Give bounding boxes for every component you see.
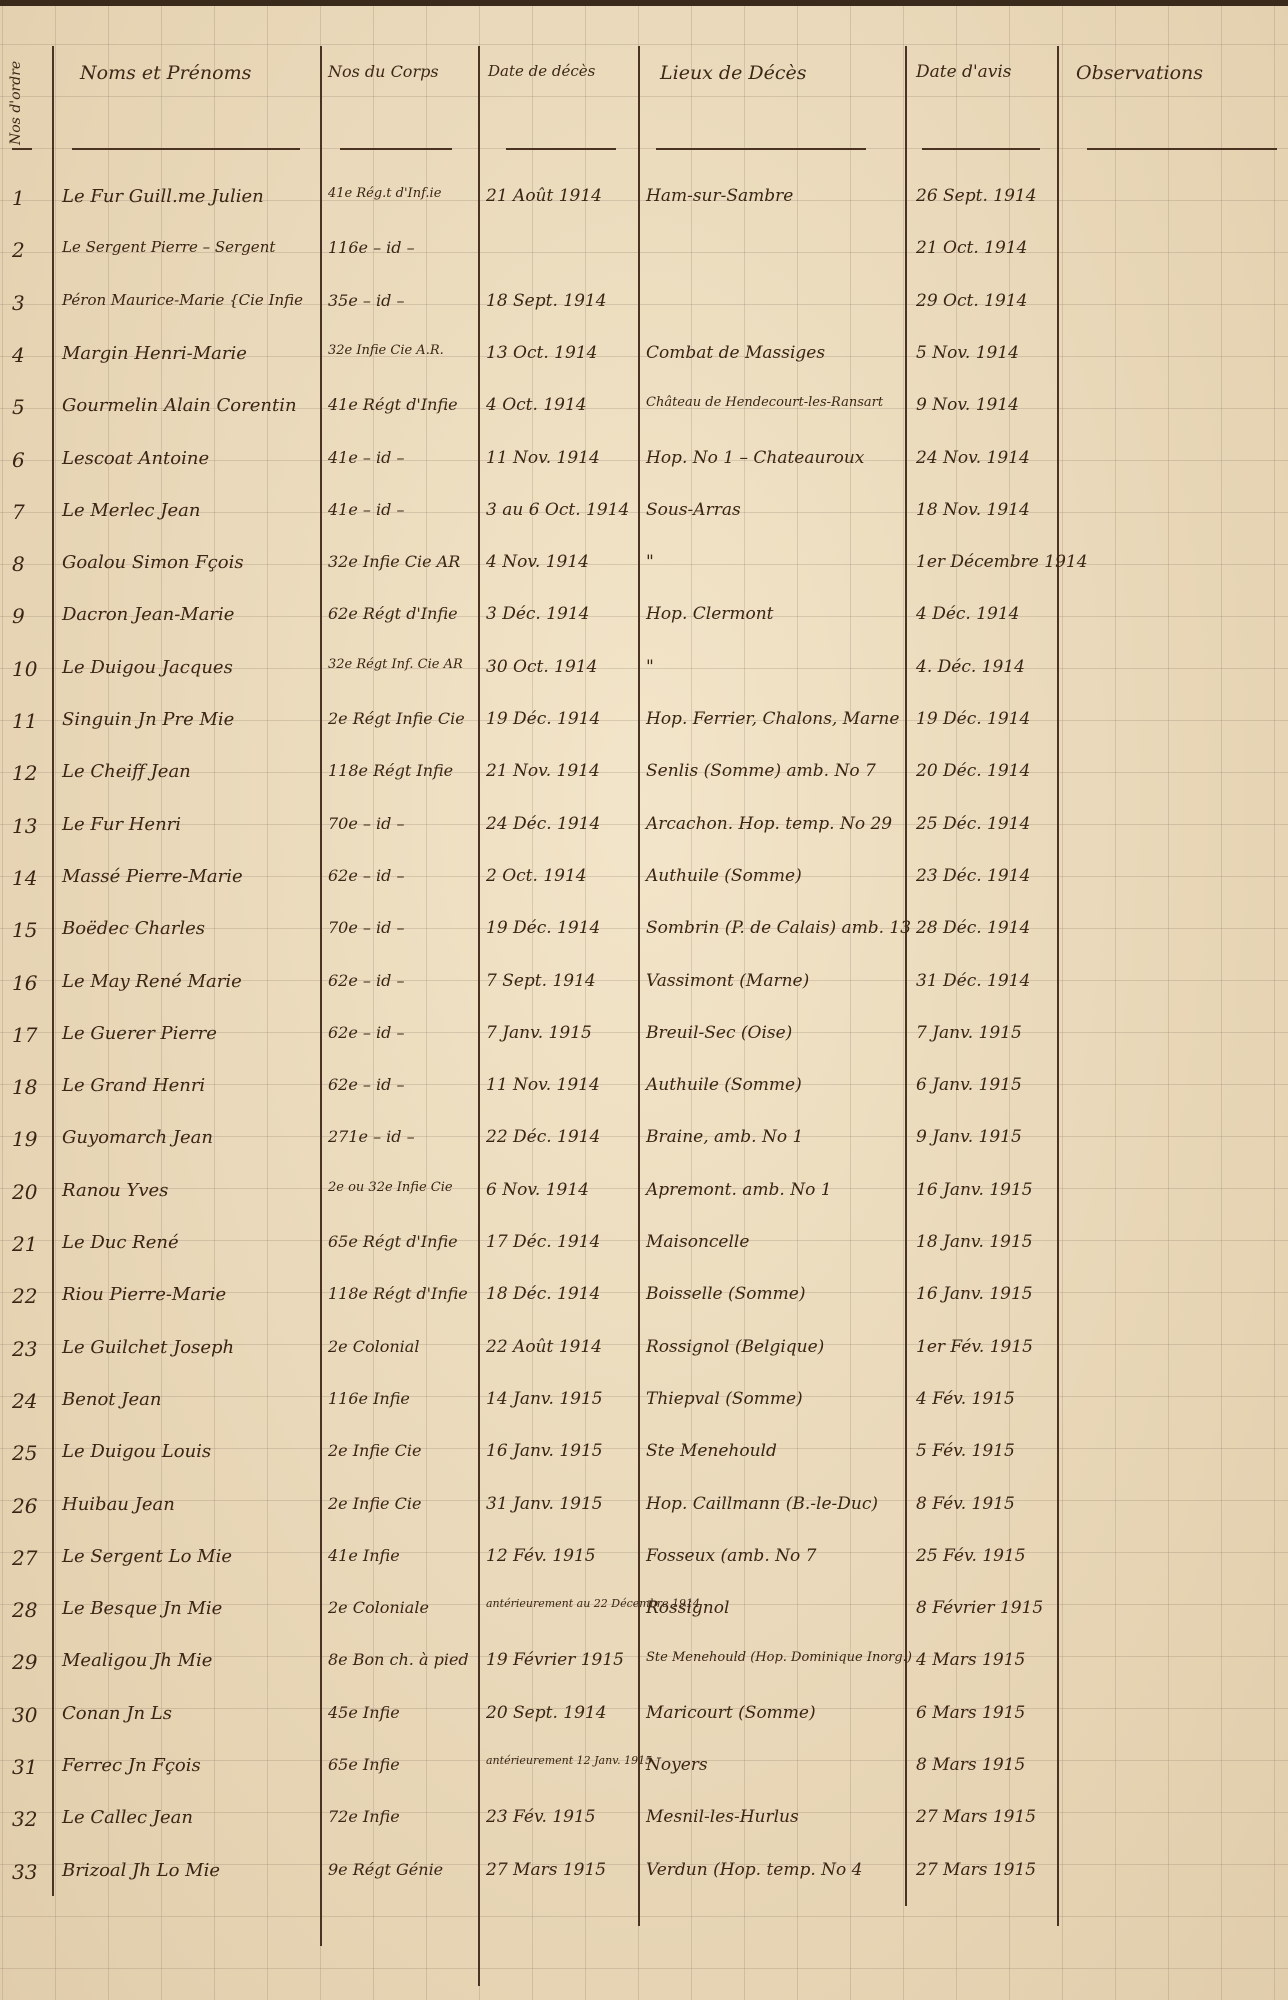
death-place: Sous-Arras bbox=[646, 500, 908, 520]
table-row: 9Dacron Jean-Marie62e Régt d'Infie3 Déc.… bbox=[0, 596, 1288, 648]
soldier-name: Le Sergent Lo Mie bbox=[62, 1546, 317, 1567]
table-row: 22Riou Pierre-Marie118e Régt d'Infie18 D… bbox=[0, 1276, 1288, 1328]
death-date: antérieurement au 22 Décembre 1914 bbox=[486, 1598, 638, 1610]
row-number: 15 bbox=[12, 918, 48, 942]
soldier-name: Le Merlec Jean bbox=[62, 500, 317, 521]
row-number: 8 bbox=[12, 552, 48, 576]
header-underline bbox=[506, 148, 616, 150]
death-date: 18 Sept. 1914 bbox=[486, 291, 638, 311]
death-date: 21 Nov. 1914 bbox=[486, 761, 638, 781]
row-number: 22 bbox=[12, 1284, 48, 1308]
row-number: 25 bbox=[12, 1441, 48, 1465]
death-date: 18 Déc. 1914 bbox=[486, 1284, 638, 1304]
notice-date: 9 Nov. 1914 bbox=[916, 395, 1058, 415]
death-date: 24 Déc. 1914 bbox=[486, 814, 638, 834]
header-number: Nos d'ordre bbox=[8, 58, 38, 148]
soldier-name: Massé Pierre-Marie bbox=[62, 866, 317, 887]
header-names: Noms et Prénoms bbox=[80, 62, 251, 84]
table-row: 18Le Grand Henri62e – id –11 Nov. 1914Au… bbox=[0, 1067, 1288, 1119]
notice-date: 16 Janv. 1915 bbox=[916, 1284, 1058, 1304]
corps-number: 32e Régt Inf. Cie AR bbox=[328, 657, 478, 672]
row-number: 21 bbox=[12, 1232, 48, 1256]
death-place: Senlis (Somme) amb. No 7 bbox=[646, 761, 908, 781]
notice-date: 7 Janv. 1915 bbox=[916, 1023, 1058, 1043]
table-row: 12Le Cheiff Jean118e Régt Infie21 Nov. 1… bbox=[0, 753, 1288, 805]
soldier-name: Le Guilchet Joseph bbox=[62, 1337, 317, 1358]
death-date: 12 Fév. 1915 bbox=[486, 1546, 638, 1566]
corps-number: 2e Infie Cie bbox=[328, 1441, 478, 1460]
soldier-name: Boëdec Charles bbox=[62, 918, 317, 939]
corps-number: 65e Infie bbox=[328, 1755, 478, 1774]
death-place: Château de Hendecourt-les-Ransart bbox=[646, 395, 908, 410]
soldier-name: Lescoat Antoine bbox=[62, 448, 317, 469]
death-date: 22 Août 1914 bbox=[486, 1337, 638, 1357]
soldier-name: Goalou Simon Fçois bbox=[62, 552, 317, 573]
table-row: 26Huibau Jean2e Infie Cie31 Janv. 1915Ho… bbox=[0, 1486, 1288, 1538]
header-notice-date: Date d'avis bbox=[916, 62, 1012, 82]
soldier-name: Dacron Jean-Marie bbox=[62, 604, 317, 625]
notice-date: 24 Nov. 1914 bbox=[916, 448, 1058, 468]
notice-date: 4 Mars 1915 bbox=[916, 1650, 1058, 1670]
notice-date: 4 Déc. 1914 bbox=[916, 604, 1058, 624]
death-place: Rossignol (Belgique) bbox=[646, 1337, 908, 1357]
corps-number: 2e ou 32e Infie Cie bbox=[328, 1180, 478, 1195]
death-date: 7 Janv. 1915 bbox=[486, 1023, 638, 1043]
death-date: 27 Mars 1915 bbox=[486, 1860, 638, 1880]
soldier-name: Le Fur Henri bbox=[62, 814, 317, 835]
soldier-name: Guyomarch Jean bbox=[62, 1127, 317, 1148]
corps-number: 118e Régt d'Infie bbox=[328, 1284, 478, 1303]
corps-number: 70e – id – bbox=[328, 918, 478, 937]
death-date: 7 Sept. 1914 bbox=[486, 971, 638, 991]
table-row: 20Ranou Yves2e ou 32e Infie Cie6 Nov. 19… bbox=[0, 1172, 1288, 1224]
death-date: 23 Fév. 1915 bbox=[486, 1807, 638, 1827]
row-number: 23 bbox=[12, 1337, 48, 1361]
death-date: 19 Février 1915 bbox=[486, 1650, 638, 1670]
table-row: 8Goalou Simon Fçois32e Infie Cie AR4 Nov… bbox=[0, 544, 1288, 596]
corps-number: 62e – id – bbox=[328, 971, 478, 990]
notice-date: 28 Déc. 1914 bbox=[916, 918, 1058, 938]
row-number: 27 bbox=[12, 1546, 48, 1570]
death-place: Authuile (Somme) bbox=[646, 866, 908, 886]
table-row: 5Gourmelin Alain Corentin41e Régt d'Infi… bbox=[0, 387, 1288, 439]
corps-number: 8e Bon ch. à pied bbox=[328, 1650, 478, 1669]
table-row: 25Le Duigou Louis2e Infie Cie16 Janv. 19… bbox=[0, 1433, 1288, 1485]
death-place: Fosseux (amb. No 7 bbox=[646, 1546, 908, 1566]
table-row: 15Boëdec Charles70e – id –19 Déc. 1914So… bbox=[0, 910, 1288, 962]
death-place: Hop. Ferrier, Chalons, Marne bbox=[646, 709, 908, 729]
notice-date: 6 Mars 1915 bbox=[916, 1703, 1058, 1723]
table-row: 3Péron Maurice-Marie {Cie Infie35e – id … bbox=[0, 283, 1288, 335]
notice-date: 19 Déc. 1914 bbox=[916, 709, 1058, 729]
notice-date: 27 Mars 1915 bbox=[916, 1807, 1058, 1827]
death-date: 2 Oct. 1914 bbox=[486, 866, 638, 886]
header-underline bbox=[922, 148, 1040, 150]
soldier-name: Ferrec Jn Fçois bbox=[62, 1755, 317, 1776]
death-date: 11 Nov. 1914 bbox=[486, 448, 638, 468]
table-row: 31Ferrec Jn Fçois65e Infieantérieurement… bbox=[0, 1747, 1288, 1799]
death-place: Braine, amb. No 1 bbox=[646, 1127, 908, 1147]
row-number: 2 bbox=[12, 238, 48, 262]
death-place: Maisoncelle bbox=[646, 1232, 908, 1252]
notice-date: 18 Nov. 1914 bbox=[916, 500, 1058, 520]
notice-date: 20 Déc. 1914 bbox=[916, 761, 1058, 781]
header-underline bbox=[656, 148, 866, 150]
death-place: Vassimont (Marne) bbox=[646, 971, 908, 991]
corps-number: 2e Coloniale bbox=[328, 1598, 478, 1617]
notice-date: 9 Janv. 1915 bbox=[916, 1127, 1058, 1147]
row-number: 32 bbox=[12, 1807, 48, 1831]
notice-date: 31 Déc. 1914 bbox=[916, 971, 1058, 991]
soldier-name: Mealigou Jh Mie bbox=[62, 1650, 317, 1671]
table-row: 27Le Sergent Lo Mie41e Infie12 Fév. 1915… bbox=[0, 1538, 1288, 1590]
soldier-name: Singuin Jn Pre Mie bbox=[62, 709, 317, 730]
death-date: 16 Janv. 1915 bbox=[486, 1441, 638, 1461]
soldier-name: Le Duc René bbox=[62, 1232, 317, 1253]
notice-date: 1er Fév. 1915 bbox=[916, 1337, 1058, 1357]
table-row: 23Le Guilchet Joseph2e Colonial22 Août 1… bbox=[0, 1329, 1288, 1381]
soldier-name: Margin Henri-Marie bbox=[62, 343, 317, 364]
notice-date: 4 Fév. 1915 bbox=[916, 1389, 1058, 1409]
soldier-name: Le Callec Jean bbox=[62, 1807, 317, 1828]
death-date: 13 Oct. 1914 bbox=[486, 343, 638, 363]
row-number: 33 bbox=[12, 1860, 48, 1884]
row-number: 12 bbox=[12, 761, 48, 785]
table-row: 11Singuin Jn Pre Mie2e Régt Infie Cie19 … bbox=[0, 701, 1288, 753]
row-number: 7 bbox=[12, 500, 48, 524]
corps-number: 2e Infie Cie bbox=[328, 1494, 478, 1513]
table-row: 30Conan Jn Ls45e Infie20 Sept. 1914Maric… bbox=[0, 1695, 1288, 1747]
notice-date: 26 Sept. 1914 bbox=[916, 186, 1058, 206]
death-place: " bbox=[646, 657, 908, 677]
death-date: 31 Janv. 1915 bbox=[486, 1494, 638, 1514]
death-place: Noyers bbox=[646, 1755, 908, 1775]
table-row: 21Le Duc René65e Régt d'Infie17 Déc. 191… bbox=[0, 1224, 1288, 1276]
notice-date: 6 Janv. 1915 bbox=[916, 1075, 1058, 1095]
soldier-name: Péron Maurice-Marie {Cie Infie bbox=[62, 291, 317, 309]
notice-date: 16 Janv. 1915 bbox=[916, 1180, 1058, 1200]
header-observations: Observations bbox=[1076, 62, 1203, 84]
death-place: Thiepval (Somme) bbox=[646, 1389, 908, 1409]
header-underline bbox=[1087, 148, 1277, 150]
death-date: 11 Nov. 1914 bbox=[486, 1075, 638, 1095]
table-row: 33Brizoal Jh Lo Mie9e Régt Génie27 Mars … bbox=[0, 1852, 1288, 1904]
death-place: Rossignol bbox=[646, 1598, 908, 1618]
corps-number: 70e – id – bbox=[328, 814, 478, 833]
soldier-name: Riou Pierre-Marie bbox=[62, 1284, 317, 1305]
notice-date: 8 Fév. 1915 bbox=[916, 1494, 1058, 1514]
death-place: Apremont. amb. No 1 bbox=[646, 1180, 908, 1200]
row-number: 18 bbox=[12, 1075, 48, 1099]
table-row: 29Mealigou Jh Mie8e Bon ch. à pied19 Fév… bbox=[0, 1642, 1288, 1694]
table-row: 6Lescoat Antoine41e – id –11 Nov. 1914Ho… bbox=[0, 440, 1288, 492]
row-number: 4 bbox=[12, 343, 48, 367]
notice-date: 25 Déc. 1914 bbox=[916, 814, 1058, 834]
soldier-name: Gourmelin Alain Corentin bbox=[62, 395, 317, 416]
corps-number: 65e Régt d'Infie bbox=[328, 1232, 478, 1251]
corps-number: 41e – id – bbox=[328, 500, 478, 519]
notice-date: 4. Déc. 1914 bbox=[916, 657, 1058, 677]
row-number: 30 bbox=[12, 1703, 48, 1727]
header-underline bbox=[12, 148, 32, 150]
notice-date: 21 Oct. 1914 bbox=[916, 238, 1058, 258]
corps-number: 62e Régt d'Infie bbox=[328, 604, 478, 623]
death-place: Ste Menehould bbox=[646, 1441, 908, 1461]
table-row: 19Guyomarch Jean271e – id –22 Déc. 1914B… bbox=[0, 1119, 1288, 1171]
death-place: Arcachon. Hop. temp. No 29 bbox=[646, 814, 908, 834]
header-corps: Nos du Corps bbox=[328, 62, 439, 81]
death-date: 3 Déc. 1914 bbox=[486, 604, 638, 624]
corps-number: 116e – id – bbox=[328, 238, 478, 257]
death-place: Ste Menehould (Hop. Dominique Inorg.) bbox=[646, 1650, 908, 1665]
row-number: 5 bbox=[12, 395, 48, 419]
corps-number: 62e – id – bbox=[328, 1075, 478, 1094]
row-number: 3 bbox=[12, 291, 48, 315]
death-date: 14 Janv. 1915 bbox=[486, 1389, 638, 1409]
header-underline bbox=[72, 148, 300, 150]
header-underline bbox=[340, 148, 452, 150]
soldier-name: Huibau Jean bbox=[62, 1494, 317, 1515]
death-place: Breuil-Sec (Oise) bbox=[646, 1023, 908, 1043]
row-number: 6 bbox=[12, 448, 48, 472]
death-place: Verdun (Hop. temp. No 4 bbox=[646, 1860, 908, 1880]
death-date: 22 Déc. 1914 bbox=[486, 1127, 638, 1147]
notice-date: 25 Fév. 1915 bbox=[916, 1546, 1058, 1566]
death-place: Boisselle (Somme) bbox=[646, 1284, 908, 1304]
notice-date: 8 Mars 1915 bbox=[916, 1755, 1058, 1775]
death-date: 3 au 6 Oct. 1914 bbox=[486, 500, 638, 520]
notice-date: 18 Janv. 1915 bbox=[916, 1232, 1058, 1252]
register-page: Nos d'ordre Noms et Prénoms Nos du Corps… bbox=[0, 0, 1288, 2000]
soldier-name: Le May René Marie bbox=[62, 971, 317, 992]
corps-number: 62e – id – bbox=[328, 866, 478, 885]
corps-number: 32e Infie Cie AR bbox=[328, 552, 478, 571]
table-row: 28Le Besque Jn Mie2e Colonialeantérieure… bbox=[0, 1590, 1288, 1642]
corps-number: 2e Régt Infie Cie bbox=[328, 709, 478, 728]
corps-number: 41e Infie bbox=[328, 1546, 478, 1565]
soldier-name: Ranou Yves bbox=[62, 1180, 317, 1201]
table-row: 2Le Sergent Pierre – Sergent116e – id –2… bbox=[0, 230, 1288, 282]
table-row: 4Margin Henri-Marie32e Infie Cie A.R.13 … bbox=[0, 335, 1288, 387]
death-place: Maricourt (Somme) bbox=[646, 1703, 908, 1723]
death-date: 17 Déc. 1914 bbox=[486, 1232, 638, 1252]
notice-date: 27 Mars 1915 bbox=[916, 1860, 1058, 1880]
table-row: 7Le Merlec Jean41e – id –3 au 6 Oct. 191… bbox=[0, 492, 1288, 544]
soldier-name: Le Sergent Pierre – Sergent bbox=[62, 238, 317, 256]
corps-number: 72e Infie bbox=[328, 1807, 478, 1826]
corps-number: 118e Régt Infie bbox=[328, 761, 478, 780]
soldier-name: Le Besque Jn Mie bbox=[62, 1598, 317, 1619]
notice-date: 29 Oct. 1914 bbox=[916, 291, 1058, 311]
corps-number: 45e Infie bbox=[328, 1703, 478, 1722]
corps-number: 41e – id – bbox=[328, 448, 478, 467]
header-death-place: Lieux de Décès bbox=[660, 62, 807, 84]
corps-number: 32e Infie Cie A.R. bbox=[328, 343, 478, 358]
soldier-name: Brizoal Jh Lo Mie bbox=[62, 1860, 317, 1881]
table-row: 32Le Callec Jean72e Infie23 Fév. 1915Mes… bbox=[0, 1799, 1288, 1851]
death-date: 6 Nov. 1914 bbox=[486, 1180, 638, 1200]
corps-number: 2e Colonial bbox=[328, 1337, 478, 1356]
row-number: 14 bbox=[12, 866, 48, 890]
row-number: 24 bbox=[12, 1389, 48, 1413]
death-place: Hop. Caillmann (B.-le-Duc) bbox=[646, 1494, 908, 1514]
death-place: Hop. Clermont bbox=[646, 604, 908, 624]
corps-number: 35e – id – bbox=[328, 291, 478, 310]
table-row: 1Le Fur Guill.me Julien41e Rég.t d'Inf.i… bbox=[0, 178, 1288, 230]
row-number: 9 bbox=[12, 604, 48, 628]
death-date: antérieurement 12 Janv. 1915 bbox=[486, 1755, 638, 1767]
soldier-name: Le Guerer Pierre bbox=[62, 1023, 317, 1044]
page-top-edge bbox=[0, 0, 1288, 6]
corps-number: 62e – id – bbox=[328, 1023, 478, 1042]
death-date: 4 Oct. 1914 bbox=[486, 395, 638, 415]
death-place: Hop. No 1 – Chateauroux bbox=[646, 448, 908, 468]
death-date: 19 Déc. 1914 bbox=[486, 709, 638, 729]
death-date: 30 Oct. 1914 bbox=[486, 657, 638, 677]
death-date: 21 Août 1914 bbox=[486, 186, 638, 206]
row-number: 11 bbox=[12, 709, 48, 733]
soldier-name: Conan Jn Ls bbox=[62, 1703, 317, 1724]
row-number: 10 bbox=[12, 657, 48, 681]
death-date: 20 Sept. 1914 bbox=[486, 1703, 638, 1723]
death-place: Authuile (Somme) bbox=[646, 1075, 908, 1095]
table-row: 10Le Duigou Jacques32e Régt Inf. Cie AR3… bbox=[0, 649, 1288, 701]
corps-number: 9e Régt Génie bbox=[328, 1860, 478, 1879]
corps-number: 41e Régt d'Infie bbox=[328, 395, 478, 414]
death-date: 4 Nov. 1914 bbox=[486, 552, 638, 572]
notice-date: 5 Nov. 1914 bbox=[916, 343, 1058, 363]
death-date: 19 Déc. 1914 bbox=[486, 918, 638, 938]
table-row: 16Le May René Marie62e – id –7 Sept. 191… bbox=[0, 963, 1288, 1015]
row-number: 28 bbox=[12, 1598, 48, 1622]
row-number: 13 bbox=[12, 814, 48, 838]
header-death-date: Date de décès bbox=[488, 62, 595, 80]
row-number: 29 bbox=[12, 1650, 48, 1674]
death-place: Mesnil-les-Hurlus bbox=[646, 1807, 908, 1827]
soldier-name: Le Duigou Louis bbox=[62, 1441, 317, 1462]
death-place: Sombrin (P. de Calais) amb. 13 bbox=[646, 918, 908, 938]
table-row: 24Benot Jean116e Infie14 Janv. 1915Thiep… bbox=[0, 1381, 1288, 1433]
row-number: 16 bbox=[12, 971, 48, 995]
notice-date: 1er Décembre 1914 bbox=[916, 552, 1058, 572]
soldier-name: Le Fur Guill.me Julien bbox=[62, 186, 317, 207]
soldier-name: Benot Jean bbox=[62, 1389, 317, 1410]
table-row: 14Massé Pierre-Marie62e – id –2 Oct. 191… bbox=[0, 858, 1288, 910]
corps-number: 271e – id – bbox=[328, 1127, 478, 1146]
corps-number: 116e Infie bbox=[328, 1389, 478, 1408]
soldier-name: Le Cheiff Jean bbox=[62, 761, 317, 782]
row-number: 19 bbox=[12, 1127, 48, 1151]
row-number: 20 bbox=[12, 1180, 48, 1204]
row-number: 1 bbox=[12, 186, 48, 210]
table-row: 17Le Guerer Pierre62e – id –7 Janv. 1915… bbox=[0, 1015, 1288, 1067]
table-row: 13Le Fur Henri70e – id –24 Déc. 1914Arca… bbox=[0, 806, 1288, 858]
death-place: " bbox=[646, 552, 908, 572]
soldier-name: Le Duigou Jacques bbox=[62, 657, 317, 678]
row-number: 17 bbox=[12, 1023, 48, 1047]
row-number: 26 bbox=[12, 1494, 48, 1518]
notice-date: 5 Fév. 1915 bbox=[916, 1441, 1058, 1461]
soldier-name: Le Grand Henri bbox=[62, 1075, 317, 1096]
row-number: 31 bbox=[12, 1755, 48, 1779]
corps-number: 41e Rég.t d'Inf.ie bbox=[328, 186, 478, 201]
notice-date: 8 Février 1915 bbox=[916, 1598, 1058, 1618]
death-place: Ham-sur-Sambre bbox=[646, 186, 908, 206]
notice-date: 23 Déc. 1914 bbox=[916, 866, 1058, 886]
death-place: Combat de Massiges bbox=[646, 343, 908, 363]
